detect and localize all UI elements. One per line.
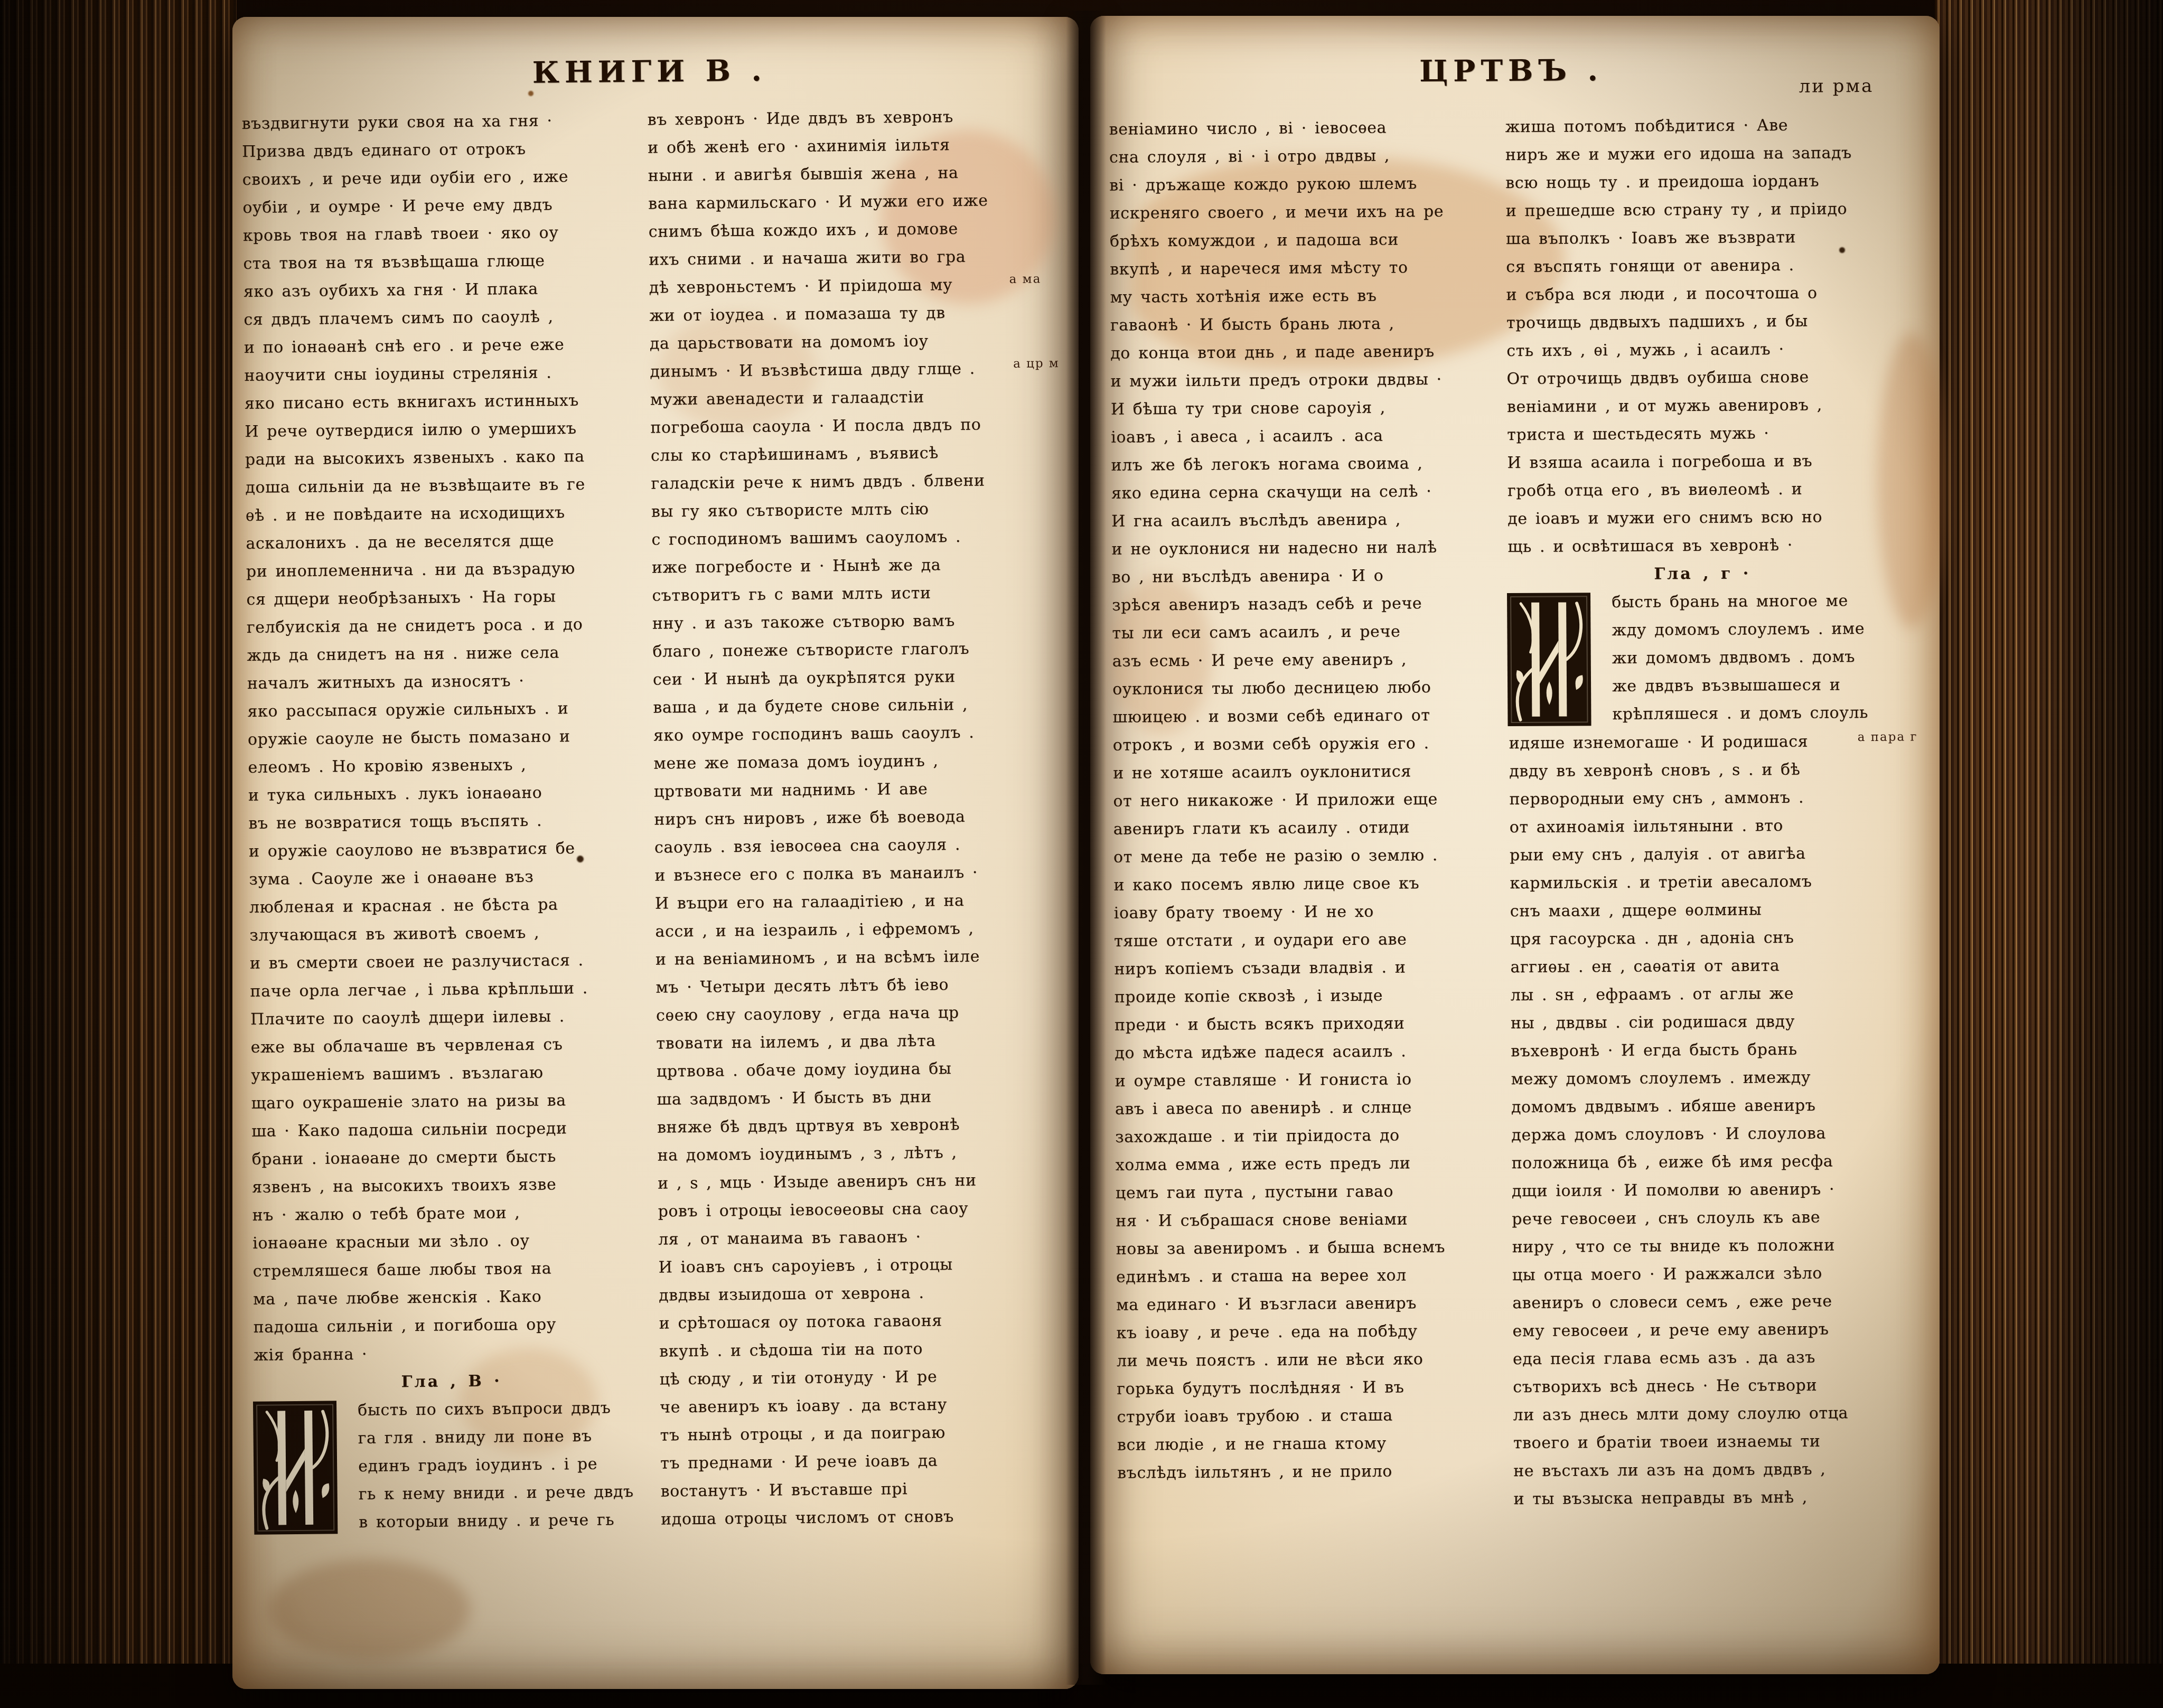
text-line: въслѣдъ іильтянъ , и не прило (1117, 1457, 1512, 1487)
text-line: вкупѣ , и наречеся имя мѣсту то (1110, 253, 1505, 284)
text-line: тъ нынѣ отроцы , и да поиграю (660, 1418, 1055, 1449)
text-line: іоаву брату твоему · И не хо (1114, 897, 1509, 927)
text-line: вси людіе , и не гнаша ктому (1117, 1429, 1512, 1459)
text-line: злучающася въ животѣ своемъ , (249, 918, 644, 950)
text-line: еда песія глава есмь азъ . да азъ (1513, 1343, 1902, 1373)
text-line: мужи авенадести и галаадстіи (650, 382, 1045, 414)
text-line: и оружіе саоулово не възвратися бе (249, 834, 644, 866)
text-line: яко оумре господинъ вашь саоулъ . (653, 718, 1048, 749)
text-line: с господиномъ вашимъ саоуломъ . (651, 522, 1046, 553)
text-line: авениръ глати къ асаилу . отиди (1113, 813, 1509, 843)
text-line: благо , понеже сътвористе глаголъ (652, 634, 1047, 665)
text-line: от него никакоже · И приложи еще (1113, 785, 1508, 815)
text-line: гь к нему вниди . и рече двдъ (358, 1478, 650, 1508)
column-1-lines: въздвигнути руки своя на ха гня ·Призва … (242, 106, 649, 1369)
column-4-lines: жиша потомъ побѣдитися · Авениръ же и му… (1505, 111, 1896, 561)
text-line: твовати на іилемъ , и два лѣта (656, 1026, 1051, 1057)
text-line: авениръ о словеси семъ , еже рече (1512, 1287, 1901, 1317)
text-line: зрѣся авениръ назадъ себѣ и рече (1112, 589, 1507, 620)
text-line: въ хевронъ · Иде двдъ въ хевронъ (647, 102, 1042, 134)
left-page-content: КНИГИ В . а ма а цр м въздвигнути руки с… (226, 12, 1088, 1692)
text-line: мъ · Четыри десять лѣтъ бѣ іево (656, 970, 1051, 1001)
text-line: яко едина серна скачущи на селѣ · (1111, 477, 1506, 508)
chapter-3-opening: И (1508, 587, 1898, 729)
text-line: бысть по сихъ въпроси двдъ (358, 1394, 649, 1424)
text-line: ма единаго · И възгласи авениръ (1116, 1289, 1511, 1319)
text-line: жду домомъ слоулемъ . име (1612, 615, 1897, 644)
text-line: от ахиноамія іильтяныни . вто (1510, 811, 1898, 841)
text-line: жи домомъ двдвомъ . домъ (1612, 643, 1897, 672)
text-line: и срѣтошася оу потока гаваоня (659, 1306, 1054, 1337)
text-line: ихъ сними . и начаша жити во гра (649, 242, 1044, 274)
text-line: домомъ двдвымъ . ибяше авениръ (1511, 1091, 1900, 1121)
text-line: илъ же бѣ легокъ ногама своима , (1111, 449, 1506, 480)
text-line: снимъ бѣша кождо ихъ , и домове (649, 214, 1044, 246)
text-line: И рече оутвердися іилю о умершихъ (245, 414, 640, 446)
text-line: язвенъ , на высокихъ твоихъ язве (252, 1170, 647, 1202)
text-line: ля , от манаима въ гаваонъ · (658, 1222, 1053, 1253)
text-line: динымъ · И възвѣстиша двду глще . (650, 354, 1045, 386)
text-line: наоучити сны іоудины стрелянія . (244, 358, 639, 390)
text-line: И іоавъ снъ сароуіевъ , і отроцы (658, 1250, 1053, 1281)
text-line: шюицею . и возми себѣ единаго от (1112, 701, 1507, 731)
text-line: гаваонѣ · И бысть брань люта , (1110, 309, 1505, 340)
text-line: вняже бѣ двдъ цртвуя въ хевронѣ (657, 1110, 1052, 1141)
text-line: ѳѣ . и не повѣдаите на исходищихъ (246, 498, 641, 530)
text-line: въздвигнути руки своя на ха гня · (242, 106, 637, 138)
text-line: саоуль . взя іевосѳеа сна саоуля . (654, 830, 1050, 861)
text-column-1: въздвигнути руки своя на ха гня ·Призва … (242, 106, 651, 1538)
text-line: веніамино число , ві · іевосѳеа (1109, 113, 1504, 144)
text-line: украшеніемъ вашимъ . възлагаю (251, 1058, 646, 1090)
text-line: ему гевосѳеи , и рече ему авениръ (1512, 1315, 1901, 1345)
text-line: и тука сильныхъ . лукъ іонаѳано (248, 778, 643, 810)
text-line: ня · И събрашася снове веніами (1116, 1205, 1511, 1235)
text-line: востанутъ · И въставше прі (660, 1474, 1055, 1505)
text-line: еже вы облачаше въ червленая съ (250, 1030, 645, 1062)
text-line: яко рассыпася оружіе сильныхъ . и (247, 694, 642, 726)
text-line: щь . и освѣтишася въ хевронѣ · (1507, 531, 1896, 561)
text-line: оружіе саоуле не бысть помазано и (248, 722, 643, 754)
text-column-2: въ хевронъ · Иде двдъ въ хевронъи обѣ же… (647, 102, 1056, 1533)
text-line: погребоша саоула · И посла двдъ по (650, 410, 1045, 442)
text-line: холма емма , иже есть предъ ли (1115, 1149, 1510, 1179)
text-line: цѣ сюду , и тіи отонуду · И ре (659, 1362, 1054, 1393)
column-4-lines-after: идяше изнемогаше · И родишасядвду въ хев… (1509, 727, 1903, 1513)
text-line: кровь твоя на главѣ твоеи · яко оу (243, 218, 638, 250)
text-line: ша · Како падоша сильніи посреди (251, 1114, 647, 1146)
text-line: триста и шестьдесять мужь · (1507, 419, 1896, 449)
text-line: жиша потомъ побѣдитися · Аве (1505, 111, 1894, 141)
text-line: крѣпляшеся . и домъ слоуль (1612, 699, 1897, 728)
text-line: іонаѳане красныи ми зѣло . оу (252, 1226, 648, 1257)
text-line: ли азъ днесь млти дому слоулю отца (1513, 1399, 1902, 1429)
text-line: оубіи , и оумре · И рече ему двдъ (242, 190, 638, 222)
chapter-heading-2: Гла , В · (254, 1366, 649, 1397)
right-page-content: ЦРТВЪ . ли рма а пара г веніамино число … (1086, 13, 1945, 1676)
text-line: отрокъ , и возми себѣ оружія его . (1113, 729, 1508, 759)
text-line: аггиѳы . ен , саѳатія от авита (1510, 951, 1899, 981)
text-line: И гна асаилъ въслѣдъ авенира , (1111, 505, 1506, 536)
text-line: ша въполкъ · Іоавъ же възврати (1506, 223, 1895, 253)
text-line: до конца втои днь , и паде авениръ (1110, 337, 1505, 368)
text-line: ся дщери необрѣзаныхъ · На горы (246, 582, 641, 614)
column-3-lines: веніамино число , ві · іевосѳеасна слоул… (1109, 113, 1512, 1487)
text-line: гелбуискія да не снидетъ роса . и до (247, 610, 642, 642)
left-page: КНИГИ В . а ма а цр м въздвигнути руки с… (232, 17, 1079, 1689)
text-line: и оумре ставляше · И гониста іо (1115, 1065, 1510, 1095)
photo-background: КНИГИ В . а ма а цр м въздвигнути руки с… (0, 0, 2163, 1708)
text-line: ныни . и авигѣя бывшія жена , на (648, 158, 1043, 190)
ornate-initial-icon (1506, 592, 1593, 727)
text-line: трочищь двдвыхъ падшихъ , и бы (1506, 307, 1895, 337)
text-line: на домомъ іоудинымъ , з , лѣтъ , (657, 1138, 1052, 1169)
text-line: иже погребосте и · Нынѣ же да (652, 550, 1047, 581)
text-line: межу домомъ слоулемъ . имежду (1511, 1063, 1899, 1093)
text-line: ли мечь поястъ . или не вѣси яко (1117, 1345, 1512, 1375)
text-line: бысть брань на многое ме (1612, 587, 1897, 616)
text-line: авъ і авеса по авенирѣ . и слнце (1115, 1093, 1510, 1123)
text-line: сеи · И нынѣ да оукрѣпятся руки (653, 662, 1048, 693)
text-line: ваша , и да будете снове сильніи , (653, 690, 1048, 721)
text-line: гробѣ отца его , въ виѳлеомѣ . и (1507, 475, 1896, 505)
text-line: первородныи ему снъ , аммонъ . (1509, 783, 1898, 813)
text-line: стремляшеся баше любы твоя на (252, 1254, 648, 1285)
text-line: И бѣша ту три снове сароуія , (1111, 393, 1506, 424)
text-line: и възнесе его с полка въ манаилъ · (654, 858, 1050, 889)
text-line: единъ градъ іоудинъ . і ре (358, 1450, 650, 1480)
text-line: ві · дръжаще кождо рукою шлемъ (1109, 169, 1504, 200)
text-line: мене же помаза домъ іоудинъ , (653, 746, 1048, 777)
text-line: цы отца моего · И ражжалси зѣло (1512, 1259, 1901, 1289)
text-line: галадскіи рече к нимъ двдъ . блвени (651, 466, 1046, 498)
text-line: рыи ему снъ , далуія . от авигѣа (1510, 839, 1898, 869)
book-gutter (1066, 11, 1106, 1685)
text-line: оуклонися ты любо десницею любо (1112, 673, 1507, 703)
text-line: цемъ гаи пута , пустыни гавао (1116, 1177, 1511, 1207)
text-line: ниръ же и мужи его идоша на западъ (1505, 139, 1894, 169)
ornate-initial-icon (252, 1400, 339, 1536)
text-line: преди · и бысть всякъ приходяи (1115, 1009, 1510, 1039)
text-line: горька будутъ послѣдняя · И въ (1117, 1373, 1512, 1403)
text-line: новы за авениромъ . и быша вснемъ (1116, 1233, 1511, 1263)
text-line: слы ко старѣишинамъ , въявисѣ (651, 438, 1046, 470)
text-line: рече гевосѳеи , снъ слоуль къ аве (1512, 1203, 1900, 1233)
text-line: же двдвъ възвышашеся и (1612, 671, 1897, 700)
text-line: тъ преднами · И рече іоавъ да (660, 1446, 1055, 1477)
text-line: двдвы изыидоша от хеврона . (659, 1278, 1054, 1309)
text-line: вкупѣ . и сѣдоша тіи на пото (659, 1334, 1054, 1365)
text-line: и како посемъ явлю лице свое къ (1113, 869, 1509, 899)
text-line: сна слоуля , ві · і отро двдвы , (1109, 141, 1504, 172)
text-line: че авениръ къ іоаву . да встану (660, 1390, 1055, 1421)
text-line: ся въспять гонящи от авенира . (1506, 251, 1895, 281)
text-line: ма , паче любве женскія . Како (253, 1282, 648, 1313)
text-line: щаго оукрашеніе злато на ризы ва (251, 1086, 646, 1118)
text-line: въ не возвратися тощь въспять . (248, 806, 643, 838)
text-line: де іоавъ и мужи его снимъ всю но (1507, 503, 1896, 533)
text-line: ради на высокихъ язвеныхъ . како па (245, 442, 640, 474)
text-line: и мужи іильти предъ отроки двдвы · (1110, 365, 1505, 396)
text-line: азъ есмь · И рече ему авениръ , (1112, 645, 1507, 675)
chapter-heading-3: Гла , г · (1508, 559, 1897, 589)
text-line: ны , двдвы . сіи родишася двду (1511, 1007, 1899, 1037)
text-line: вы гу яко сътвористе млть сію (651, 494, 1046, 525)
text-line: аскалонихъ . да не веселятся дще (246, 526, 641, 558)
column-2-lines: въ хевронъ · Иде двдъ въ хевронъи обѣ же… (647, 102, 1056, 1533)
chapter-2-first-lines: бысть по сихъ въпроси двдъга гля . вниду… (358, 1394, 651, 1536)
page-edge-stack-left (0, 0, 237, 1708)
text-line: паче орла легчае , і льва крѣпльши . (250, 974, 645, 1006)
text-line: своихъ , и рече иди оубіи его , иже (242, 162, 638, 194)
text-line: твоего и братіи твоеи изнаемы ти (1513, 1427, 1902, 1457)
text-line: га гля . вниду ли поне въ (358, 1422, 649, 1452)
text-line: И взяша асаила і погребоша и въ (1507, 447, 1896, 477)
text-line: положница бѣ , еиже бѣ имя ресфа (1511, 1147, 1900, 1177)
text-line: ри иноплеменнича . ни да възрадую (246, 554, 641, 586)
text-line: ниръ копіемъ съзади владвія . и (1114, 953, 1509, 983)
text-line: и не оуклонися ни надесно ни налѣ (1111, 533, 1506, 564)
text-line: веніамини , и от мужь авенировъ , (1507, 391, 1896, 421)
text-line: доша сильніи да не възвѣщаите въ ге (245, 470, 640, 502)
text-line: ста твоя на тя възвѣщаша глюще (243, 246, 638, 278)
text-line: жи от іоудеа . и помазаша ту дв (649, 298, 1044, 330)
right-page: ЦРТВЪ . ли рма а пара г веніамино число … (1090, 16, 1940, 1674)
text-line: зума . Саоуле же і онаѳане въз (249, 862, 644, 894)
text-line: кармильскія . и третіи авесаломъ (1510, 867, 1898, 897)
text-line: двду въ хевронѣ сновъ , s . и бѣ (1509, 755, 1898, 785)
text-line: любленая и красная . не бѣста ра (249, 890, 644, 922)
text-line: сътворитъ гь с вами млть исти (652, 578, 1047, 609)
text-line: и , s , мць · Изыде авениръ снъ ни (658, 1166, 1053, 1197)
chapter-3-first-lines: бысть брань на многое между домомъ слоул… (1612, 587, 1898, 728)
text-line: идоша отроцы числомъ от сновъ (661, 1501, 1056, 1533)
text-column-3: веніамино число , ві · іевосѳеасна слоул… (1109, 113, 1512, 1487)
text-line: единѣмъ . и сташа на верее хол (1116, 1261, 1511, 1291)
text-line: во , ни въслѣдъ авенира · И о (1112, 561, 1507, 592)
text-line: елеомъ . Но кровію язвеныхъ , (248, 750, 643, 782)
text-line: сѳею сну саоулову , егда нача цр (656, 998, 1051, 1029)
text-line: іоавъ , і авеса , і асаилъ . аса (1111, 421, 1506, 452)
text-line: къ іоаву , и рече . еда на побѣду (1116, 1317, 1511, 1347)
text-line: снъ маахи , дщере ѳолмины (1510, 895, 1899, 925)
text-line: нъ · жалю о тебѣ брате мои , (252, 1198, 647, 1230)
text-line: асси , и на іезраиль , і ефремомъ , (655, 914, 1050, 945)
text-line: ждь да снидетъ на ня . ниже села (247, 638, 642, 670)
text-line: искреняго своего , и мечи ихъ на ре (1109, 197, 1504, 228)
text-line: ниръ снъ нировъ , иже бѣ воевода (654, 802, 1049, 833)
text-line: цртвовати ми наднимь · И аве (654, 774, 1049, 805)
text-line: жія бранна · (254, 1338, 649, 1369)
text-line: дщи іоиля · И помолви ю авениръ · (1512, 1175, 1900, 1205)
page-edge-stack-right (1935, 0, 2163, 1708)
text-line: му часть хотѣнія иже есть въ (1110, 281, 1505, 312)
text-line: лы . sн , ефраамъ . от аглы же (1510, 979, 1899, 1009)
text-line: тяше отстати , и оудари его аве (1114, 925, 1509, 955)
text-line: и събра вся люди , и посочтоша о (1506, 279, 1895, 309)
text-line: цртвова . обаче дому іоудина бы (657, 1054, 1052, 1085)
text-line: нну . и азъ такоже сътворю вамъ (652, 606, 1047, 637)
text-line: И въцри его на галаадітіею , и на (655, 886, 1050, 917)
text-line: держа домъ слоуловъ · И слоулова (1511, 1119, 1900, 1149)
text-line: Плачите по саоулѣ дщери іилевы . (250, 1002, 645, 1034)
text-column-4: жиша потомъ побѣдитися · Авениръ же и му… (1505, 111, 1902, 1513)
text-line: яко азъ оубихъ ха гня · И плака (244, 274, 639, 306)
text-line: ты ли еси самъ асаилъ , и рече (1112, 617, 1507, 647)
text-line: Призва двдъ единаго от отрокъ (242, 134, 637, 166)
chapter-2-opening: И (254, 1394, 651, 1538)
text-line: и прешедше всю страну ту , и пріидо (1505, 195, 1894, 225)
text-line: захождаше . и тіи пріидоста до (1115, 1121, 1510, 1151)
text-line: да царьствовати на домомъ іоу (650, 326, 1045, 358)
text-line: брѣхъ комуждои , и падоша вси (1110, 225, 1505, 256)
text-line: яко писано есть вкнигахъ истинныхъ (245, 386, 640, 418)
text-line: брани . іонаѳане до смерти бысть (251, 1142, 647, 1174)
text-line: ниру , что се ты вниде къ положни (1512, 1231, 1900, 1261)
text-line: не въстахъ ли азъ на домъ двдвъ , (1513, 1455, 1902, 1485)
text-line: ся двдъ плачемъ симъ по саоулѣ , (244, 302, 639, 334)
text-line: и по іонаѳанѣ снѣ его . и рече еже (244, 330, 639, 362)
text-line: падоша сильніи , и погибоша ору (253, 1310, 648, 1341)
text-line: дѣ хевроньстемъ · И пріидоша му (649, 270, 1044, 302)
running-header-left: КНИГИ В . (227, 50, 1073, 93)
text-line: идяше изнемогаше · И родишася (1509, 727, 1898, 757)
text-line: в которыи вниду . и рече гь (359, 1506, 650, 1536)
text-line: и обѣ женѣ его · ахинимія іильтя (648, 130, 1043, 162)
text-line: ша задвдомъ · И бысть въ дни (657, 1082, 1052, 1113)
text-line: сть ихъ , ѳі , мужь , і асаилъ · (1506, 335, 1895, 365)
text-line: и въ смерти своеи не разлучистася . (250, 946, 645, 978)
text-line: и на веніаминомъ , и на всѣмъ іиле (656, 942, 1051, 973)
folio-number: ли рма (1799, 76, 1874, 97)
text-line: и не хотяше асаилъ оуклонитися (1113, 757, 1508, 787)
text-line: всю нощь ту . и преидоша іорданъ (1505, 167, 1894, 197)
text-line: проиде копіе сквозѣ , і изыде (1115, 981, 1510, 1011)
text-line: струби іоавъ трубою . и сташа (1117, 1401, 1512, 1431)
text-line: от мене да тебе не разію о землю . (1113, 841, 1509, 871)
text-line: От отрочищь двдвъ оубиша снове (1506, 363, 1895, 393)
text-line: до мѣста идѣже падеся асаилъ . (1115, 1037, 1510, 1067)
text-line: ровъ і отроцы іевосѳеовы сна саоу (658, 1194, 1053, 1225)
text-line: цря гасоурска . дн , адоніа снъ (1510, 923, 1899, 953)
text-line: и ты възыска неправды въ мнѣ , (1513, 1483, 1902, 1513)
text-line: сътворихъ всѣ днесь · Не сътвори (1513, 1371, 1902, 1401)
text-line: вана кармильскаго · И мужи его иже (648, 186, 1043, 218)
text-line: въхевронѣ · И егда бысть брань (1511, 1035, 1899, 1065)
text-line: началъ житныхъ да износятъ · (247, 666, 642, 698)
